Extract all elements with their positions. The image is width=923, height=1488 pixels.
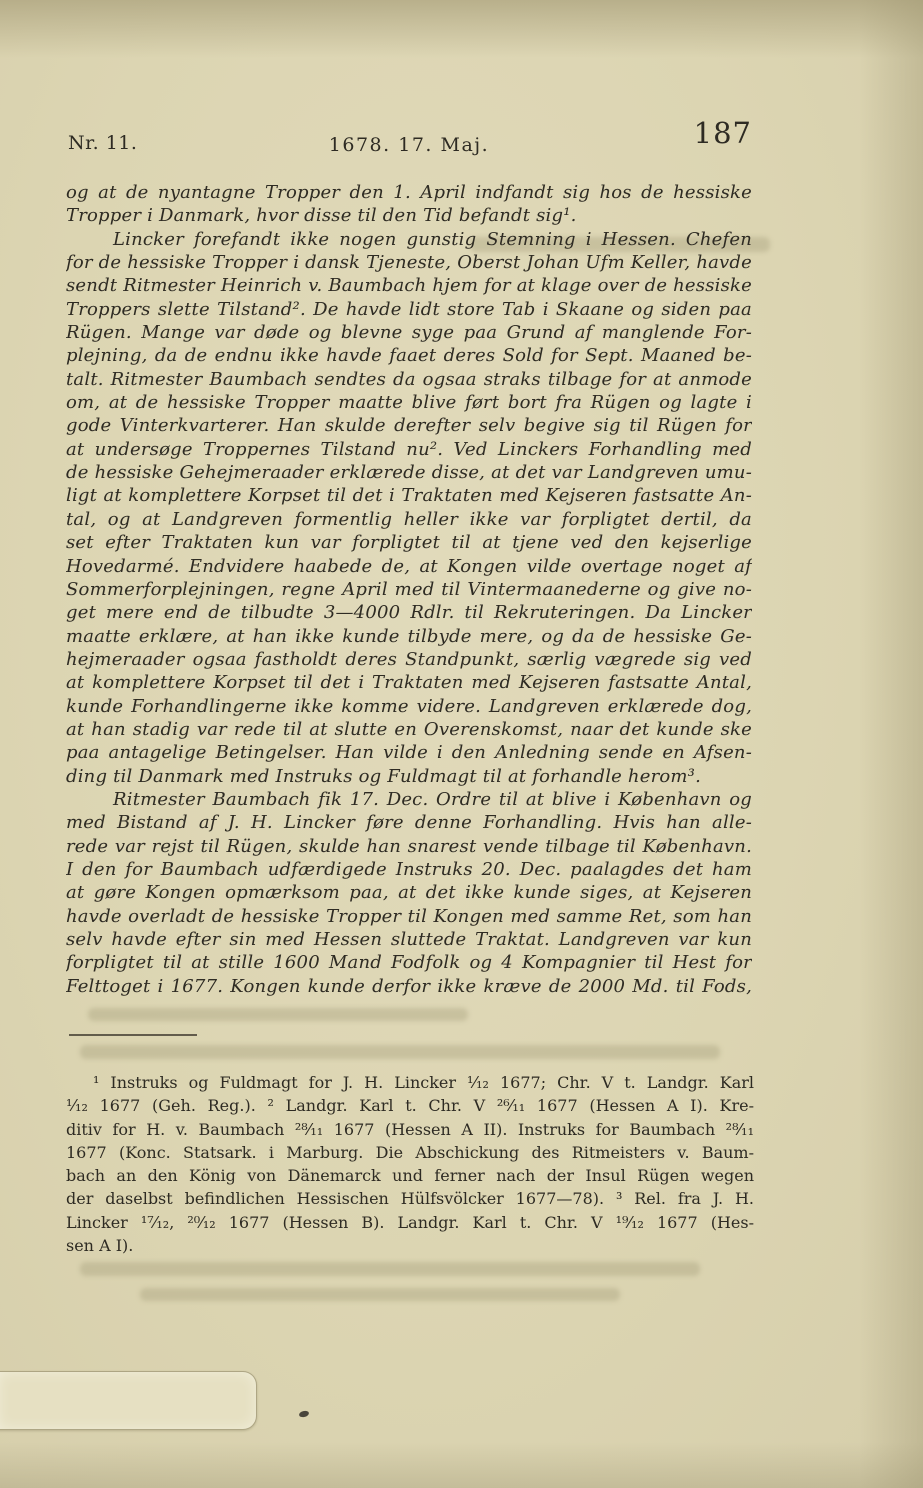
body-text-line: at han stadig var rede til at slutte en … xyxy=(66,719,752,742)
body-text-line: de hessiske Gehejmeraader erklærede diss… xyxy=(66,462,752,485)
body-text-line: at undersøge Troppernes Tilstand nu². Ve… xyxy=(66,439,752,462)
body-text-line: Ritmester Baumbach fik 17. Dec. Ordre ti… xyxy=(66,789,752,812)
footnote-line: 1677 (Konc. Statsark. i Marburg. Die Abs… xyxy=(66,1143,754,1166)
body-text-line: hejmeraader ogsaa fastholdt deres Standp… xyxy=(66,649,752,672)
footnote-separator-rule xyxy=(69,1034,197,1036)
body-text-line: get mere end de tilbudte 3—4000 Rdlr. ti… xyxy=(66,602,752,625)
body-text-line: forpligtet til at stille 1600 Mand Fodfo… xyxy=(66,952,752,975)
body-text-line: sendt Ritmester Heinrich v. Baumbach hje… xyxy=(66,275,752,298)
body-text-line: selv havde efter sin med Hessen sluttede… xyxy=(66,929,752,952)
page-bottom-shadow xyxy=(0,1442,923,1488)
body-text-line: med Bistand af J. H. Lincker føre denne … xyxy=(66,812,752,835)
ink-speck xyxy=(298,1410,309,1418)
book-page: Nr. 11. 1678. 17. Maj. 187 og at de nyan… xyxy=(0,0,923,1488)
body-text-line: gode Vinterkvarterer. Han skulde derefte… xyxy=(66,415,752,438)
footnote-line: der daselbst befindlichen Hessischen Hül… xyxy=(66,1189,754,1212)
body-text-line: Felttoget i 1677. Kongen kunde derfor ik… xyxy=(66,976,752,999)
body-text-line: plejning, da de endnu ikke havde faaet d… xyxy=(66,345,752,368)
footnote-line: ¹⁄₁₂ 1677 (Geh. Reg.). ² Landgr. Karl t.… xyxy=(66,1096,754,1119)
body-text-line: paa antagelige Betingelser. Han vilde i … xyxy=(66,742,752,765)
footnote-line: sen A I). xyxy=(66,1236,754,1259)
footnote-line: bach an den König von Dänemarck und fern… xyxy=(66,1166,754,1189)
show-through-smudge xyxy=(80,1045,720,1059)
body-text-line: havde overladt de hessiske Tropper til K… xyxy=(66,906,752,929)
footnotes: ¹ Instruks og Fuldmagt for J. H. Lincker… xyxy=(66,1073,754,1259)
body-text-line: set efter Traktaten kun var forpligtet t… xyxy=(66,532,752,555)
show-through-smudge xyxy=(88,1008,468,1021)
footnote-line: Lincker ¹⁷⁄₁₂, ²⁰⁄₁₂ 1677 (Hessen B). La… xyxy=(66,1213,754,1236)
body-text-line: ding til Danmark med Instruks og Fuldmag… xyxy=(66,766,752,789)
body-text-line: at gøre Kongen opmærksom paa, at det ikk… xyxy=(66,882,752,905)
body-text-line: om, at de hessiske Tropper maatte blive … xyxy=(66,392,752,415)
page-number: 187 xyxy=(66,116,752,150)
body-text-line: at komplettere Korpset til det i Traktat… xyxy=(66,672,752,695)
body-text-line: rede var rejst til Rügen, skulde han sna… xyxy=(66,836,752,859)
body-text-line: kunde Forhandlingerne ikke komme videre.… xyxy=(66,696,752,719)
footnote-line: ¹ Instruks og Fuldmagt for J. H. Lincker… xyxy=(66,1073,754,1096)
show-through-smudge xyxy=(80,1262,700,1276)
body-text-line: for de hessiske Tropper i dansk Tjeneste… xyxy=(66,252,752,275)
show-through-smudge xyxy=(140,1288,620,1301)
body-text-line: Tropper i Danmark, hvor disse til den Ti… xyxy=(66,205,752,228)
body-text: og at de nyantagne Tropper den 1. April … xyxy=(66,182,752,999)
body-text-line: Sommerforplejningen, regne April med til… xyxy=(66,579,752,602)
body-text-line: I den for Baumbach udfærdigede Instruks … xyxy=(66,859,752,882)
body-text-line: Hovedarmé. Endvidere haabede de, at Kong… xyxy=(66,556,752,579)
body-text-line: Rügen. Mange var døde og blevne syge paa… xyxy=(66,322,752,345)
body-text-line: Troppers slette Tilstand². De havde lidt… xyxy=(66,299,752,322)
footnote-line: ditiv for H. v. Baumbach ²⁸⁄₁₁ 1677 (Hes… xyxy=(66,1120,754,1143)
bookmark-strip xyxy=(0,1371,257,1430)
body-text-line: Lincker forefandt ikke nogen gunstig Ste… xyxy=(66,229,752,252)
body-text-line: og at de nyantagne Tropper den 1. April … xyxy=(66,182,752,205)
body-text-line: maatte erklære, at han ikke kunde tilbyd… xyxy=(66,626,752,649)
page-right-shadow xyxy=(859,0,923,1488)
body-text-line: ligt at komplettere Korpset til det i Tr… xyxy=(66,485,752,508)
body-text-line: tal, og at Landgreven formentlig heller … xyxy=(66,509,752,532)
page-top-shadow xyxy=(0,0,923,58)
body-text-line: talt. Ritmester Baumbach sendtes da ogsa… xyxy=(66,369,752,392)
